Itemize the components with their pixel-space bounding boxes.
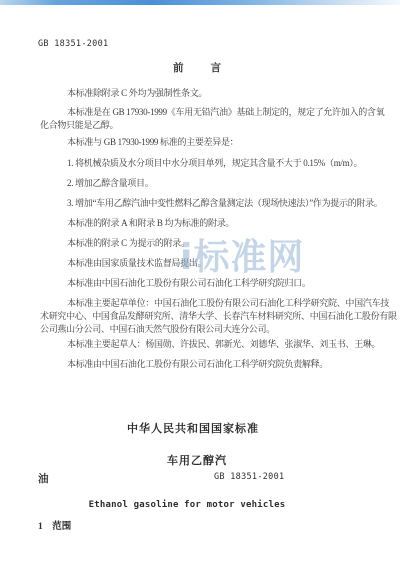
foreword-line: 本标准的附录 A 和附录 B 均为标准的附录。 [67,218,234,229]
foreword-line: 2. 增加乙醇含量项目。 [67,178,153,189]
foreword-line: 本标准由国家质量技术监督局提出。 [67,258,206,269]
foreword-line: 本标准主要起草人：杨国勋、许拔民、郭新光、刘德华、张淑华、刘玉书、王琳。 [67,339,380,350]
foreword-line: 本标准的附录 C 为提示的附录。 [67,238,190,249]
national-standard-heading: 中华人民共和国国家标准 [0,420,386,436]
foreword-line: 本标准与 GB 17930-1999 标准的主要差异是： [67,137,238,148]
foreword-line: 化合物只能是乙醇。 [40,120,118,131]
doc-number-title-block: GB 18351-2001 [214,472,284,482]
document-page: GB 18351-2001 前 言 本标准除附录 C 外均为强制性条文。 本标准… [0,0,400,566]
foreword-line: 3. 增加“车用乙醇汽油中变性燃料乙醇含量测定法（现场快速法）”作为提示的附录。 [67,198,383,209]
foreword-line: 本标准除附录 C 外均为强制性条文。 [67,88,207,99]
standard-title-en: Ethanol gasoline for motor vehicles [0,500,374,510]
section-1-scope-heading: 1 范围 [38,518,71,532]
doc-number-header: GB 18351-2001 [38,39,108,49]
standard-title-cn: 车用乙醇汽 [0,452,394,468]
foreword-line: 本标准由中国石油化工股份有限公司石油化工科学研究院归口。 [67,278,311,289]
foreword-line: 术研究中心、中国食品发酵研究所、清华大学、长春汽车材料研究所、中国石油化工股份有… [40,311,397,322]
foreword-line: 1. 将机械杂质及水分项目中水分项目单列，规定其含量不大于 0.15%（m/m）… [67,158,362,169]
standard-title-cn-wrap: 油 [38,471,49,486]
foreword-line: 本标准是在 GB 17930-1999《车用无铅汽油》基础上制定的，规定了允许加… [67,107,384,118]
foreword-heading: 前 言 [0,60,396,75]
foreword-line: 本标准由中国石油化工股份有限公司石油化工科学研究院负责解释。 [67,359,328,370]
foreword-line: 本标准主要起草单位：中国石油化工股份有限公司石油化工科学研究院、中国汽车技 [67,298,389,309]
foreword-line: 公司燕山分公司、中国石油天然气股份有限公司大连分公司。 [40,324,275,335]
top-accent-bar [0,0,400,5]
